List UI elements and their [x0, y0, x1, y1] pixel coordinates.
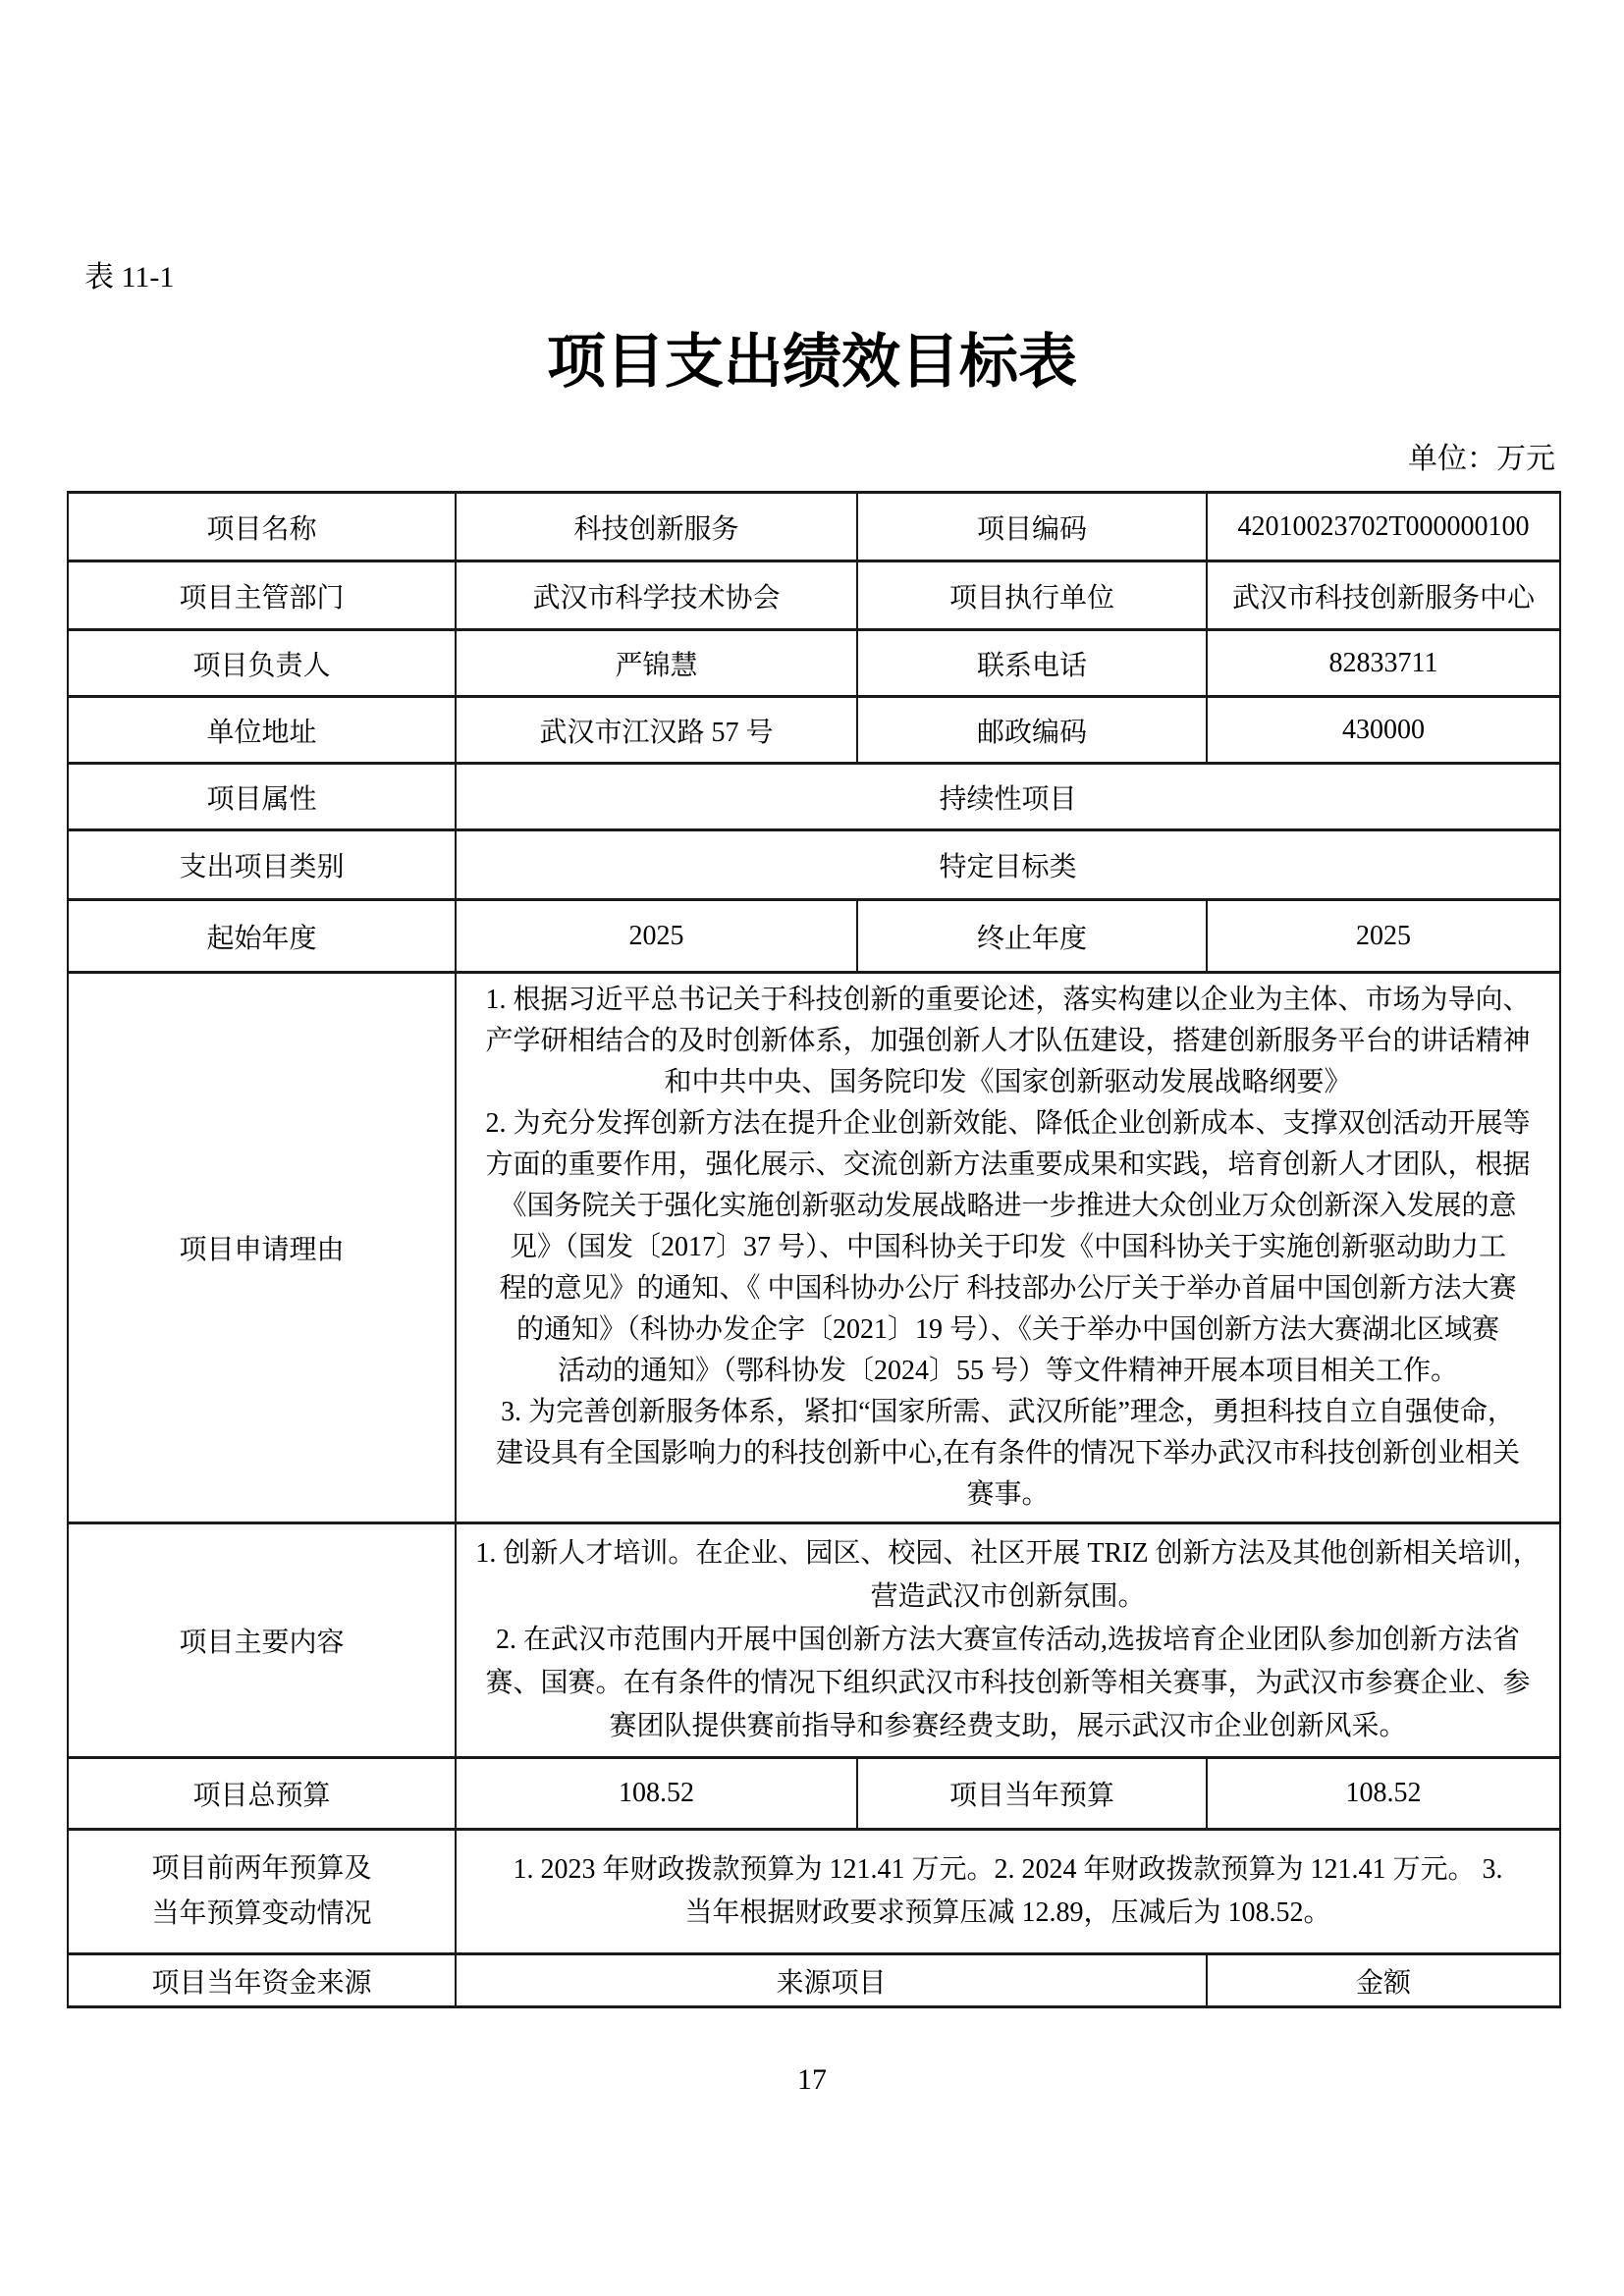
main-content-value-cell: 1. 创新人才培训。在企业、园区、校园、社区开展 TRIZ 创新方法及其他创新相…: [456, 1523, 1560, 1758]
address-value-cell: 武汉市江汉路 57 号: [456, 697, 857, 764]
application-reason-value-cell: 1. 根据习近平总书记关于科技创新的重要论述，落实构建以企业为主体、市场为导向、…: [456, 973, 1560, 1523]
table-row: 项目主管部门 武汉市科学技术协会 项目执行单位 武汉市科技创新服务中心: [68, 561, 1560, 630]
postcode-value-cell: 430000: [1207, 697, 1560, 764]
table-row: 项目当年资金来源 来源项目 金额: [68, 1954, 1560, 2007]
main-content-label-cell: 项目主要内容: [68, 1523, 456, 1758]
funding-source-label-cell: 项目当年资金来源: [68, 1954, 456, 2007]
amount-header-cell: 金额: [1207, 1954, 1560, 2007]
expense-category-label-cell: 支出项目类别: [68, 830, 456, 900]
end-year-value-cell: 2025: [1207, 900, 1560, 973]
dept-label-cell: 项目主管部门: [68, 561, 456, 630]
table-number-label: 表 11-1: [84, 257, 174, 298]
table-row: 起始年度 2025 终止年度 2025: [68, 900, 1560, 973]
end-year-label-cell: 终止年度: [857, 900, 1207, 973]
table-row: 项目总预算 108.52 项目当年预算 108.52: [68, 1758, 1560, 1830]
exec-unit-value-cell: 武汉市科技创新服务中心: [1207, 561, 1560, 630]
document-page: 表 11-1 项目支出绩效目标表 单位：万元 项目名称 科技创新服务 项目编码 …: [0, 0, 1624, 2296]
postcode-label-cell: 邮政编码: [857, 697, 1207, 764]
start-year-label-cell: 起始年度: [68, 900, 456, 973]
current-year-budget-label-cell: 项目当年预算: [857, 1758, 1207, 1830]
dept-value-cell: 武汉市科学技术协会: [456, 561, 857, 630]
performance-target-table: 项目名称 科技创新服务 项目编码 42010023702T000000100 项…: [67, 491, 1561, 2008]
project-code-value-cell: 42010023702T000000100: [1207, 493, 1560, 561]
address-label-cell: 单位地址: [68, 697, 456, 764]
table-row: 项目名称 科技创新服务 项目编码 42010023702T000000100: [68, 493, 1560, 561]
table-row: 项目主要内容 1. 创新人才培训。在企业、园区、校园、社区开展 TRIZ 创新方…: [68, 1523, 1560, 1758]
total-budget-value-cell: 108.52: [456, 1758, 857, 1830]
table-row: 项目前两年预算及 当年预算变动情况 1. 2023 年财政拨款预算为 121.4…: [68, 1830, 1560, 1954]
leader-label-cell: 项目负责人: [68, 630, 456, 697]
project-code-label-cell: 项目编码: [857, 493, 1207, 561]
phone-label-cell: 联系电话: [857, 630, 1207, 697]
project-name-value-cell: 科技创新服务: [456, 493, 857, 561]
table-row: 单位地址 武汉市江汉路 57 号 邮政编码 430000: [68, 697, 1560, 764]
table-row: 项目负责人 严锦慧 联系电话 82833711: [68, 630, 1560, 697]
project-name-label-cell: 项目名称: [68, 493, 456, 561]
attribute-label-cell: 项目属性: [68, 764, 456, 830]
expense-category-value-cell: 特定目标类: [456, 830, 1560, 900]
unit-note: 单位：万元: [1408, 442, 1555, 477]
current-year-budget-value-cell: 108.52: [1207, 1758, 1560, 1830]
source-project-header-cell: 来源项目: [456, 1954, 1207, 2007]
application-reason-label-cell: 项目申请理由: [68, 973, 456, 1523]
budget-history-label-cell: 项目前两年预算及 当年预算变动情况: [68, 1830, 456, 1954]
phone-value-cell: 82833711: [1207, 630, 1560, 697]
table-row: 项目申请理由 1. 根据习近平总书记关于科技创新的重要论述，落实构建以企业为主体…: [68, 973, 1560, 1523]
leader-value-cell: 严锦慧: [456, 630, 857, 697]
total-budget-label-cell: 项目总预算: [68, 1758, 456, 1830]
budget-history-value-cell: 1. 2023 年财政拨款预算为 121.41 万元。2. 2024 年财政拨款…: [456, 1830, 1560, 1954]
table-row: 支出项目类别 特定目标类: [68, 830, 1560, 900]
table-row: 项目属性 持续性项目: [68, 764, 1560, 830]
start-year-value-cell: 2025: [456, 900, 857, 973]
page-title: 项目支出绩效目标表: [0, 326, 1624, 399]
page-number: 17: [0, 2063, 1624, 2097]
exec-unit-label-cell: 项目执行单位: [857, 561, 1207, 630]
attribute-value-cell: 持续性项目: [456, 764, 1560, 830]
